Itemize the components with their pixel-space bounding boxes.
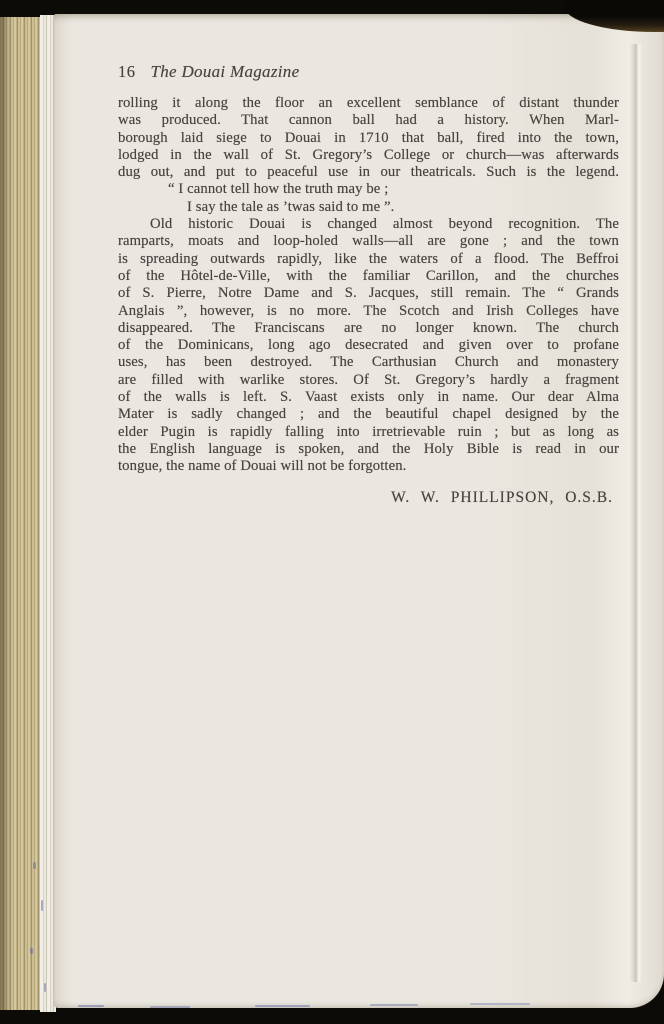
text-line: is spreading outwards rapidly, like the … xyxy=(118,251,619,268)
book-fore-edge-pages xyxy=(0,17,44,1010)
text-line: uses, has been destroyed. The Carthusian… xyxy=(118,354,619,371)
text-line: tongue, the name of Douai will not be fo… xyxy=(118,458,619,475)
text-line: dug out, and put to peaceful use in our … xyxy=(118,164,619,181)
article-text: rolling it along the floor an excellent … xyxy=(118,95,619,476)
text-line: Anglais ”, however, is no more. The Scot… xyxy=(118,303,619,320)
ink-stain xyxy=(255,1005,310,1007)
ink-stain xyxy=(33,862,36,869)
page-header: 16 The Douai Magazine xyxy=(118,62,299,82)
text-line: of the Dominicans, long ago desecrated a… xyxy=(118,337,619,354)
text-line: of the Hôtel-de-Ville, with the familiar… xyxy=(118,268,619,285)
ink-stain xyxy=(41,900,43,911)
text-line: disappeared. The Franciscans are no long… xyxy=(118,320,619,337)
text-line: lodged in the wall of St. Gregory’s Coll… xyxy=(118,147,619,164)
text-line: was produced. That cannon ball had a his… xyxy=(118,112,619,129)
ink-stain xyxy=(78,1005,104,1007)
ink-stain xyxy=(370,1004,418,1006)
ink-stain xyxy=(30,948,33,954)
text-line: ramparts, moats and loop-holed walls—all… xyxy=(118,233,619,250)
gutter-crease xyxy=(630,44,642,982)
text-line: Mater is sadly changed ; and the beautif… xyxy=(118,406,619,423)
text-line: “ I cannot tell how the truth may be ; xyxy=(118,181,619,198)
ink-stain xyxy=(44,983,46,992)
scanned-book-page: 16 The Douai Magazine rolling it along t… xyxy=(0,0,664,1024)
text-line: the English language is spoken, and the … xyxy=(118,441,619,458)
page-number: 16 xyxy=(118,62,136,82)
magazine-title: The Douai Magazine xyxy=(151,62,300,82)
ink-stain xyxy=(150,1006,190,1008)
text-line: rolling it along the floor an excellent … xyxy=(118,95,619,112)
text-line: I say the tale as ’twas said to me ”. xyxy=(118,199,619,216)
text-line: Old historic Douai is changed almost bey… xyxy=(118,216,619,233)
text-line: are filled with warlike stores. Of St. G… xyxy=(118,372,619,389)
author-signature: W. W. PHILLIPSON, O.S.B. xyxy=(118,489,619,507)
text-line: of the walls is left. S. Vaast exists on… xyxy=(118,389,619,406)
text-line: of S. Pierre, Notre Dame and S. Jacques,… xyxy=(118,285,619,302)
text-line: elder Pugin is rapidly falling into irre… xyxy=(118,424,619,441)
text-line: borough laid siege to Douai in 1710 that… xyxy=(118,130,619,147)
ink-stain xyxy=(470,1003,530,1005)
